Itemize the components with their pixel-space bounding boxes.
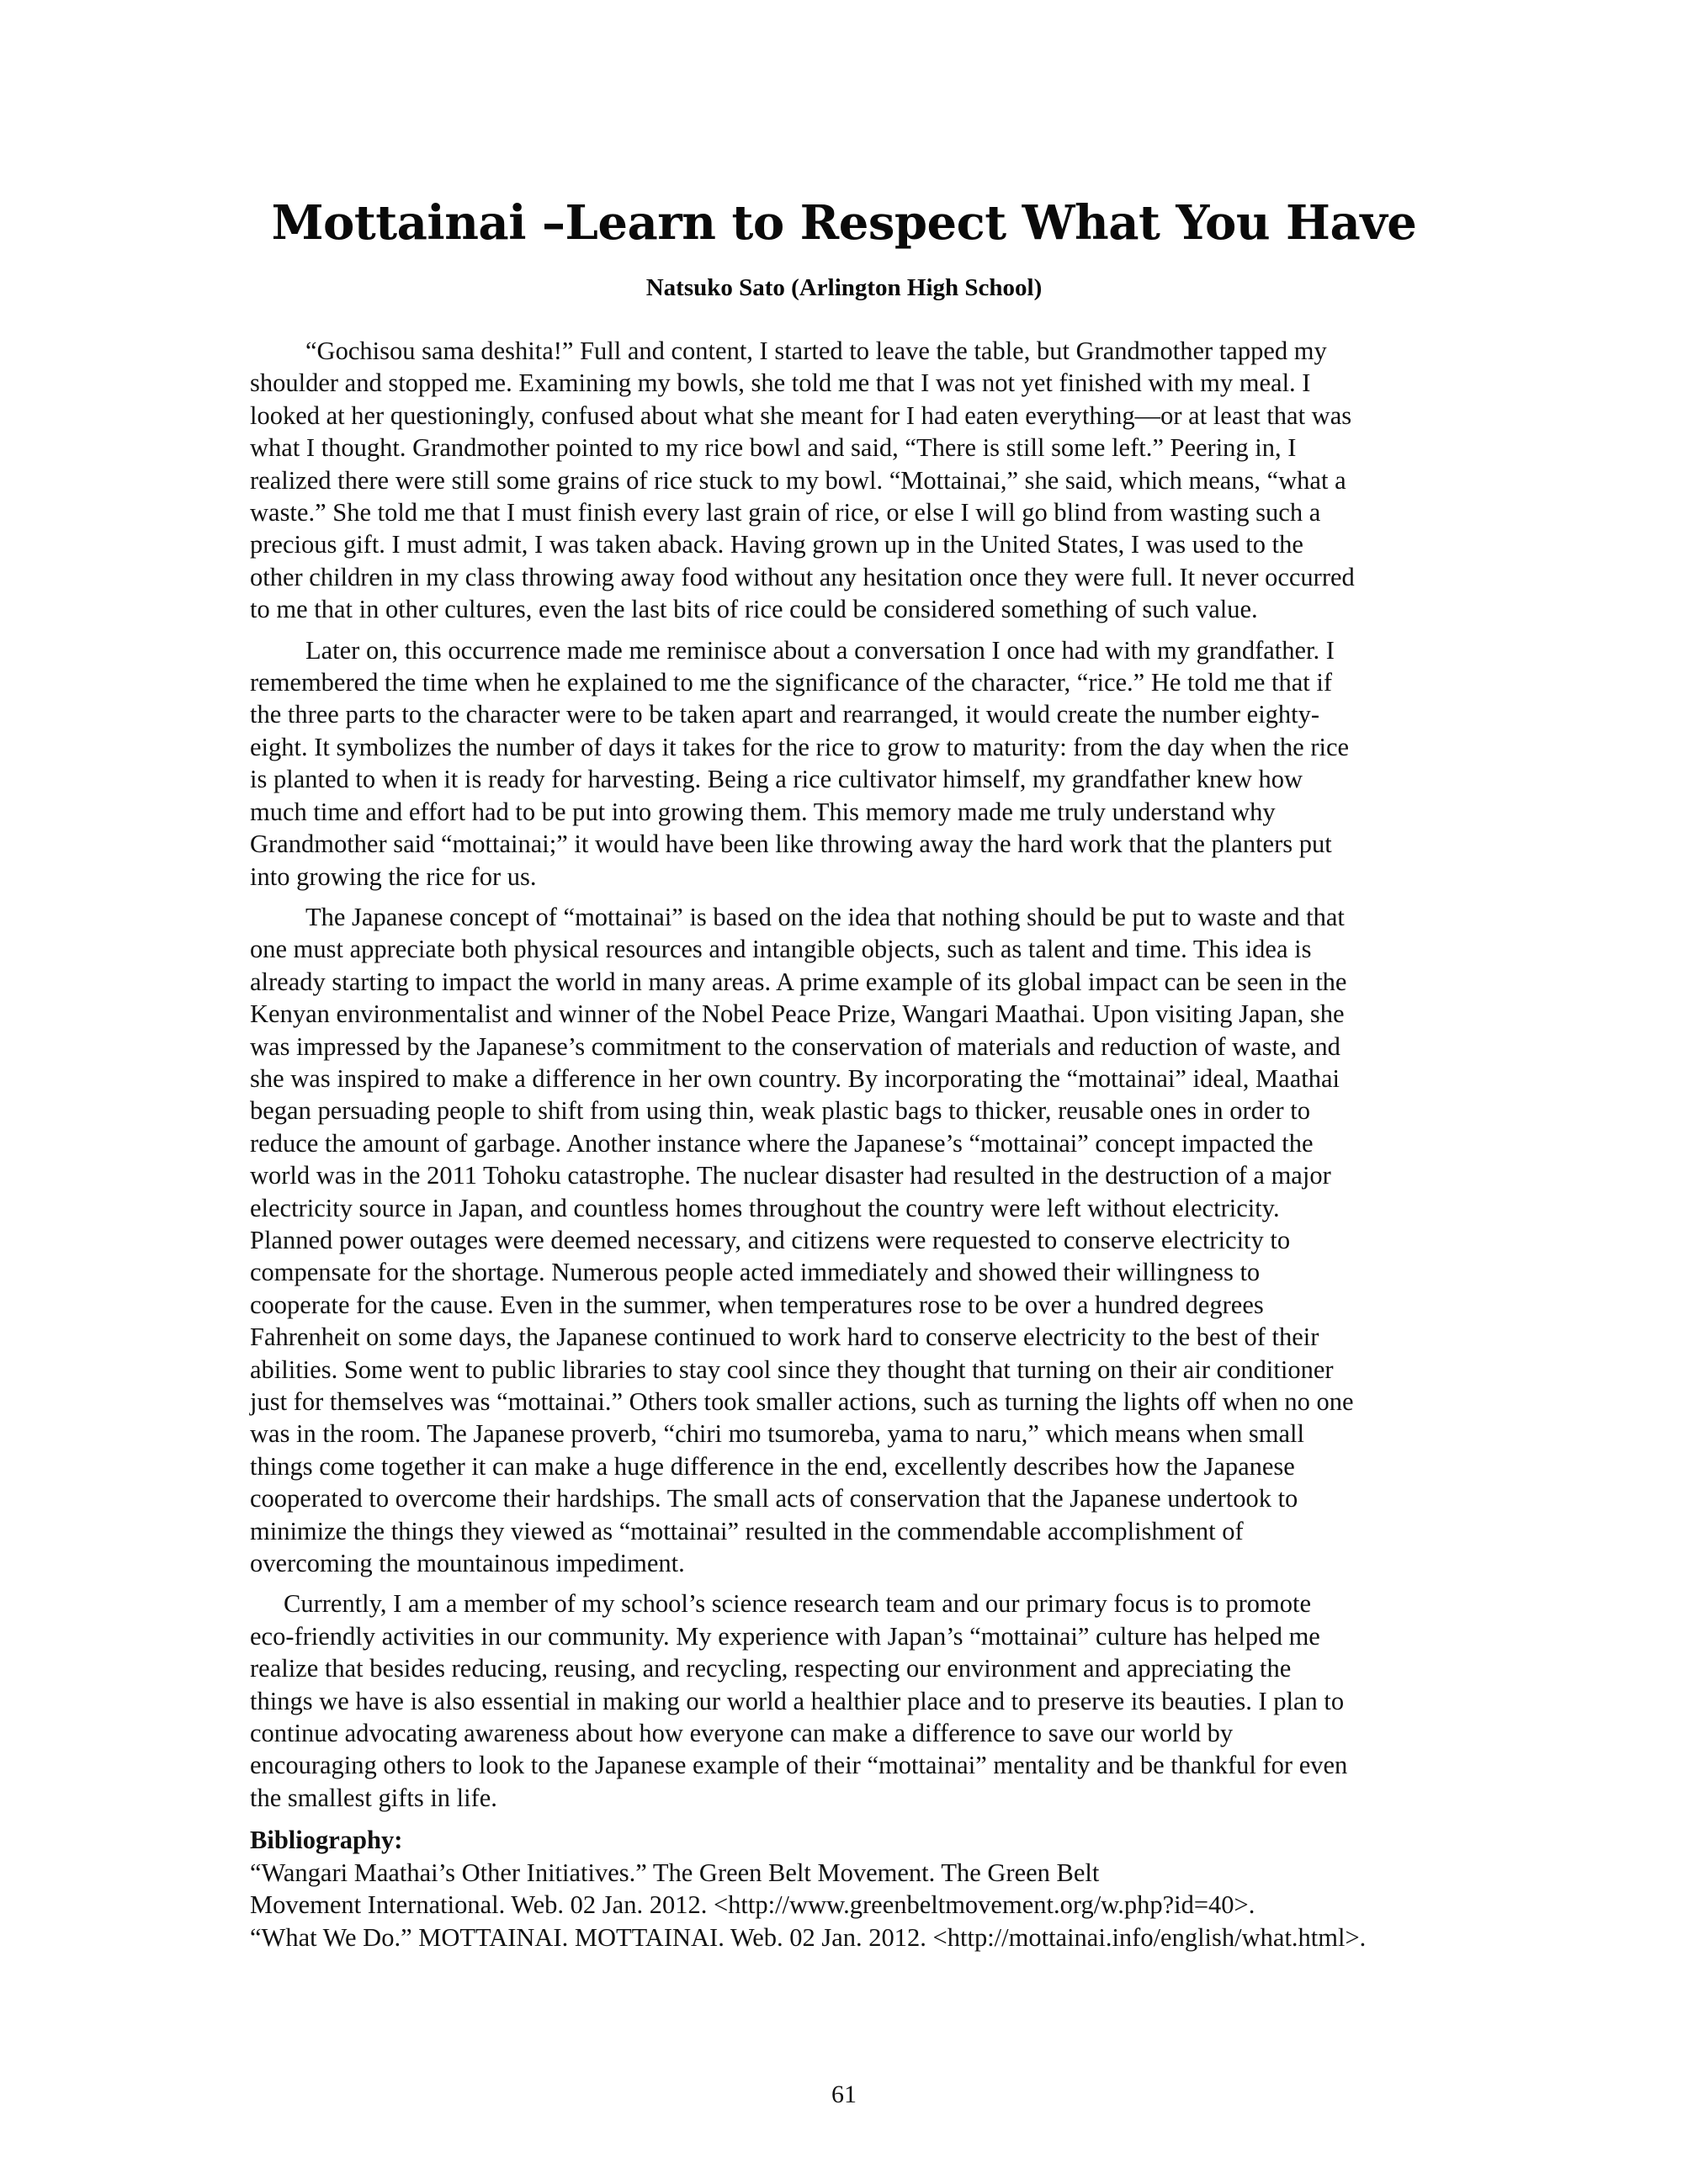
bibliography-heading: Bibliography: (250, 1824, 1462, 1856)
text-line: other children in my class throwing away… (250, 561, 1462, 593)
paragraph-2: Later on, this occurrence made me remini… (250, 634, 1462, 893)
bibliography-section: Bibliography: “Wangari Maathai’s Other I… (250, 1824, 1462, 1953)
text-line: looked at her questioningly, confused ab… (250, 400, 1462, 432)
text-line: was in the room. The Japanese proverb, “… (250, 1418, 1462, 1450)
text-line: overcoming the mountainous impediment. (250, 1547, 1462, 1579)
text-line: just for themselves was “mottainai.” Oth… (250, 1386, 1462, 1418)
text-line: is planted to when it is ready for harve… (250, 763, 1462, 795)
paragraph-3: The Japanese concept of “mottainai” is b… (250, 901, 1462, 1580)
text-line: things we have is also essential in maki… (250, 1685, 1462, 1717)
text-line: remembered the time when he explained to… (250, 666, 1462, 698)
text-line: things come together it can make a huge … (250, 1450, 1462, 1482)
text-line: the three parts to the character were to… (250, 698, 1462, 730)
text-line: Currently, I am a member of my school’s … (250, 1588, 1462, 1619)
text-line: “Gochisou sama deshita!” Full and conten… (250, 335, 1462, 367)
text-line: compensate for the shortage. Numerous pe… (250, 1256, 1462, 1288)
paragraph-4: Currently, I am a member of my school’s … (250, 1588, 1462, 1814)
text-line: cooperated to overcome their hardships. … (250, 1482, 1462, 1514)
text-line: The Japanese concept of “mottainai” is b… (250, 901, 1462, 933)
text-line: the smallest gifts in life. (250, 1782, 1462, 1814)
text-line: continue advocating awareness about how … (250, 1717, 1462, 1749)
document-page: Mottainai –Learn to Respect What You Hav… (0, 0, 1688, 2184)
text-line: what I thought. Grandmother pointed to m… (250, 432, 1462, 464)
essay-body: “Gochisou sama deshita!” Full and conten… (250, 335, 1462, 1953)
text-line: realize that besides reducing, reusing, … (250, 1652, 1462, 1684)
text-line: Grandmother said “mottainai;” it would h… (250, 828, 1462, 860)
text-line: precious gift. I must admit, I was taken… (250, 528, 1462, 560)
text-line: cooperate for the cause. Even in the sum… (250, 1289, 1462, 1321)
text-line: Fahrenheit on some days, the Japanese co… (250, 1321, 1462, 1353)
text-line: she was inspired to make a difference in… (250, 1063, 1462, 1095)
text-line: realized there were still some grains of… (250, 464, 1462, 496)
text-line: was impressed by the Japanese’s commitme… (250, 1031, 1462, 1063)
text-line: into growing the rice for us. (250, 861, 1462, 893)
text-line: Kenyan environmentalist and winner of th… (250, 998, 1462, 1030)
text-line: much time and effort had to be put into … (250, 796, 1462, 828)
bibliography-entry-line: “What We Do.” MOTTAINAI. MOTTAINAI. Web.… (250, 1922, 1462, 1953)
text-line: encouraging others to look to the Japane… (250, 1749, 1462, 1781)
text-line: Planned power outages were deemed necess… (250, 1224, 1462, 1256)
text-line: reduce the amount of garbage. Another in… (250, 1127, 1462, 1159)
text-line: abilities. Some went to public libraries… (250, 1354, 1462, 1386)
author-byline: Natsuko Sato (Arlington High School) (0, 271, 1688, 305)
page-title: Mottainai –Learn to Respect What You Hav… (0, 189, 1688, 257)
page-number: 61 (0, 2078, 1688, 2112)
text-line: already starting to impact the world in … (250, 966, 1462, 998)
text-line: world was in the 2011 Tohoku catastrophe… (250, 1159, 1462, 1191)
text-line: eight. It symbolizes the number of days … (250, 731, 1462, 763)
text-line: one must appreciate both physical resour… (250, 933, 1462, 965)
text-line: began persuading people to shift from us… (250, 1095, 1462, 1126)
text-line: eco-friendly activities in our community… (250, 1620, 1462, 1652)
text-line: shoulder and stopped me. Examining my bo… (250, 367, 1462, 399)
paragraph-1: “Gochisou sama deshita!” Full and conten… (250, 335, 1462, 626)
bibliography-entry-line: “Wangari Maathai’s Other Initiatives.” T… (250, 1857, 1462, 1889)
text-line: waste.” She told me that I must finish e… (250, 496, 1462, 528)
text-line: Later on, this occurrence made me remini… (250, 634, 1462, 666)
text-line: electricity source in Japan, and countle… (250, 1192, 1462, 1224)
bibliography-entry-line: Movement International. Web. 02 Jan. 201… (250, 1889, 1462, 1921)
text-line: to me that in other cultures, even the l… (250, 593, 1462, 625)
text-line: minimize the things they viewed as “mott… (250, 1515, 1462, 1547)
